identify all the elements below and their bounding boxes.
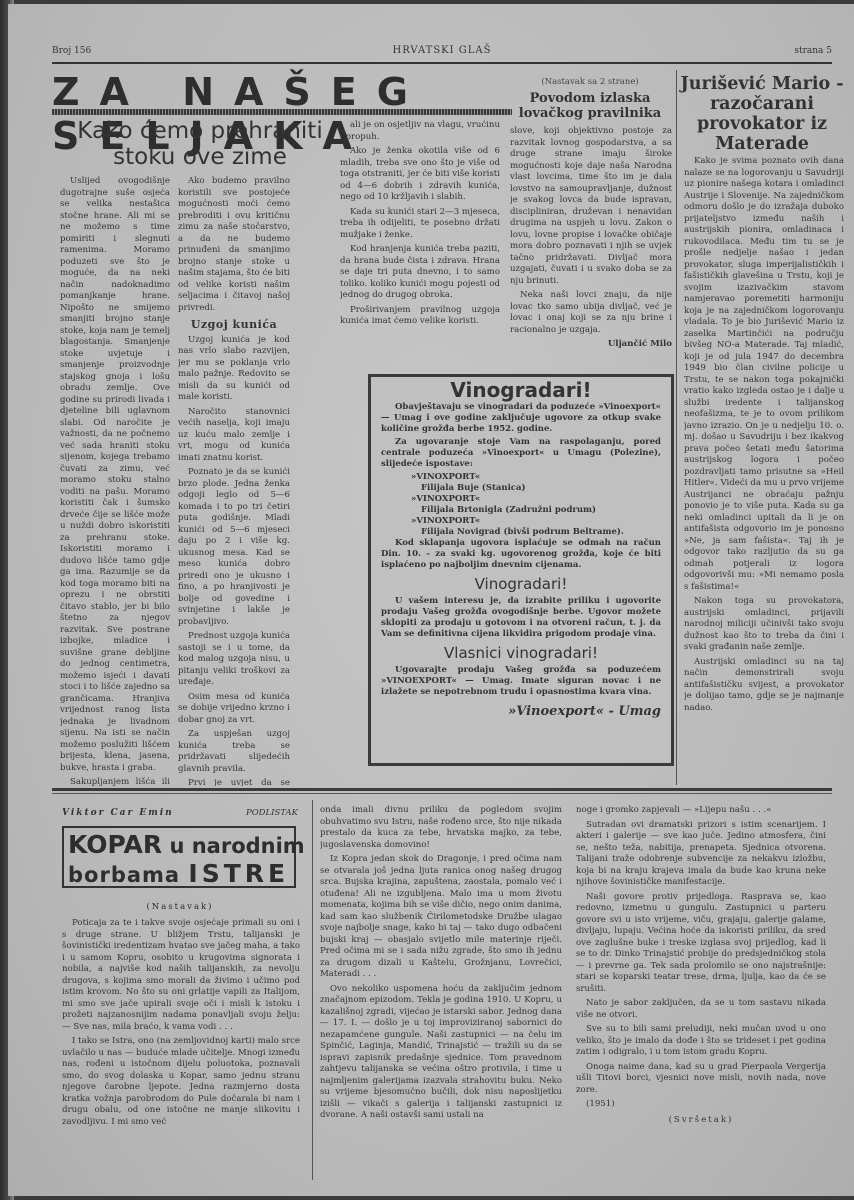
paragraph: ali je on osjetljiv na vlagu, vrućinu i … bbox=[340, 120, 500, 143]
feuilleton-label: PODLISTAK bbox=[62, 808, 298, 818]
paragraph: Kako je svima poznato ovih dana nalaze s… bbox=[684, 156, 844, 593]
paragraph: Sutradan ovi dramatski prizori s istim s… bbox=[576, 820, 826, 889]
headline-jurisevic: Jurišević Mario - razočarani provokator … bbox=[678, 74, 846, 154]
lov-col: slove, koji objektivno postoje za razvit… bbox=[510, 126, 672, 371]
branch-detail: Filijala Brtonigla (Zadružni podrum) bbox=[381, 505, 661, 516]
stoka-col1: Uslijed ovogodišnje dugotrajne suše osje… bbox=[60, 176, 170, 786]
continued-note: (Nastavak sa 2 strane) bbox=[515, 77, 665, 87]
paragraph: Za uspješan uzgoj kunića treba se pridrž… bbox=[178, 729, 290, 775]
subhead-uzgoj-kunica: Uzgoj kunića bbox=[178, 319, 290, 331]
paragraph: Naši govore protiv prijedloga. Rasprava … bbox=[576, 892, 826, 996]
paragraph: Osim mesa od kunića se dobije vrijedno k… bbox=[178, 692, 290, 727]
vinoexport-advertisement: Vinogradari! Obavještavaju se vinogradar… bbox=[368, 374, 674, 766]
running-head: Broj 156 HRVATSKI GLAŠ strana 5 bbox=[52, 44, 832, 62]
paragraph: Prvi je uvjet da se održi samo toliko ku… bbox=[178, 778, 290, 786]
end-label: (Svršetak) bbox=[576, 1115, 826, 1127]
paragraph: Kod hranjenja kunića treba paziti, da hr… bbox=[340, 244, 500, 302]
feuilleton-title-box: KOPAR u narodnim borbama ISTRE bbox=[62, 826, 296, 888]
title-part: borbama bbox=[68, 863, 188, 887]
headline-stoka: Kako ćemo prehraniti stoku ove zime bbox=[60, 118, 340, 170]
continued-note: (Nastavak) bbox=[62, 902, 298, 912]
stoka-col2: Ako budemo pravilno koristili sve postoj… bbox=[178, 176, 290, 786]
ad-heading-vlasnici: Vlasnici vinogradari! bbox=[381, 648, 661, 659]
ad-paragraph: U vašem interesu je, da izrabite priliku… bbox=[381, 596, 661, 640]
feuilleton-col3: noge i gromko zapjevali — »Lijepu našu .… bbox=[576, 805, 826, 1185]
ad-heading-vinogradari-2: Vinogradari! bbox=[381, 579, 661, 590]
ad-heading-vinogradari: Vinogradari! bbox=[381, 385, 661, 396]
paragraph: slove, koji objektivno postoje za razvit… bbox=[510, 126, 672, 287]
paragraph: Iz Kopra jedan skok do Dragonje, i pred … bbox=[320, 854, 562, 981]
feuilleton-col1: Poticaja za te i takve svoje osjećaje pr… bbox=[62, 918, 300, 1178]
paragraph: Onoga naime dana, kad su u grad Pierpaol… bbox=[576, 1062, 826, 1097]
paragraph: noge i gromko zapjevali — »Lijepu našu .… bbox=[576, 805, 826, 817]
jurisevic-col: Kako je svima poznato ovih dana nalaze s… bbox=[684, 156, 844, 786]
paragraph: Uslijed ovogodišnje dugotrajne suše osje… bbox=[60, 176, 170, 774]
page-number: strana 5 bbox=[794, 46, 832, 56]
paragraph: onda imali divnu priliku da pogledom svo… bbox=[320, 805, 562, 851]
branch-name: »VINOXPORT« bbox=[381, 472, 661, 483]
stoka-col3: ali je on osjetljiv na vlagu, vrućinu i … bbox=[340, 120, 500, 370]
section-rule-thin bbox=[52, 793, 832, 794]
title-kopar: KOPAR bbox=[68, 830, 162, 859]
ad-paragraph: Za ugovaranje stoje Vam na raspolaganju,… bbox=[381, 437, 661, 470]
branch-detail: Filijala Buje (Stanica) bbox=[381, 483, 661, 494]
branch-name: »VINOXPORT« bbox=[381, 494, 661, 505]
headline-lovacki-pravilnik: Povodom izlaska lovačkog pravilnika bbox=[510, 91, 670, 121]
paragraph: Ako budemo pravilno koristili sve postoj… bbox=[178, 176, 290, 314]
title-part: u narodnim bbox=[162, 834, 305, 858]
paragraph: Austrijski omladinci su na taj način dem… bbox=[684, 657, 844, 715]
paragraph: (1951) bbox=[576, 1099, 826, 1111]
ad-paragraph: Kod sklapanja ugovora isplaćuje se odmah… bbox=[381, 538, 661, 571]
paragraph: Ako je ženka okotila više od 6 mladih, t… bbox=[340, 146, 500, 204]
ad-signature: »Vinoexport« - Umag bbox=[381, 706, 661, 717]
ad-paragraph: Obavještavaju se vinogradari da poduzeće… bbox=[381, 402, 661, 435]
branch-detail: Filijala Novigrad (bivši podrum Beltrame… bbox=[381, 527, 661, 538]
feuilleton-col2: onda imali divnu priliku da pogledom svo… bbox=[320, 805, 562, 1185]
paragraph: Sve su to bili sami preludiji, neki muča… bbox=[576, 1024, 826, 1059]
title-istre: ISTRE bbox=[188, 859, 289, 888]
paper-title: HRVATSKI GLAŠ bbox=[52, 45, 832, 56]
masthead-rule bbox=[52, 109, 512, 115]
header-rule bbox=[52, 62, 832, 64]
column-divider bbox=[312, 800, 313, 1180]
branch-name: »VINOXPORT« bbox=[381, 516, 661, 527]
paragraph: Poticaja za te i takve svoje osjećaje pr… bbox=[62, 918, 300, 1033]
paragraph: Nakon toga su provokatora, austrijski om… bbox=[684, 596, 844, 654]
paragraph: Nato je sabor zaključen, da se u tom sas… bbox=[576, 998, 826, 1021]
paragraph: Uzgoj kunića je kod nas vrlo slabo razvi… bbox=[178, 335, 290, 404]
paragraph: Neka naši lovci znaju, da nije lovac tko… bbox=[510, 290, 672, 336]
paragraph: Ovo nekoliko uspomena hoću da zaključim … bbox=[320, 984, 562, 1122]
section-rule bbox=[52, 788, 832, 791]
paragraph: I tako se Istra, ono (na zemljovidnoj ka… bbox=[62, 1036, 300, 1128]
paragraph: Proširivanjem pravilnog uzgoja kunića im… bbox=[340, 305, 500, 328]
paragraph: Naročito stanovnici većih naselja, koji … bbox=[178, 407, 290, 465]
paragraph: Sakupljanjem lišća ili lišća zajedno sa … bbox=[60, 777, 170, 786]
paragraph: Prednost uzgoja kunića sastoji se i u to… bbox=[178, 631, 290, 689]
ad-paragraph: Ugovarajte prodaju Vašeg grožđa sa poduz… bbox=[381, 665, 661, 698]
column-divider bbox=[676, 70, 677, 785]
author-signature: Uljančić Milo bbox=[510, 339, 672, 351]
paragraph: Poznato je da se kunići brzo plode. Jedn… bbox=[178, 467, 290, 628]
paragraph: Kada su kunići stari 2—3 mjeseca, treba … bbox=[340, 207, 500, 242]
